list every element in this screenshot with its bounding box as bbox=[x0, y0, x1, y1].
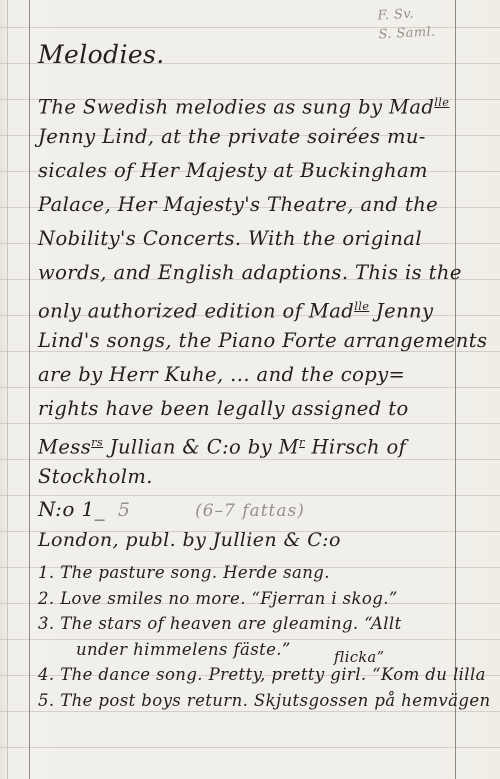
paragraph-line: Jenny Lind, at the private soirées mu- bbox=[38, 120, 456, 154]
pencil-annotation-line2: S. Saml. bbox=[378, 23, 436, 45]
song-number: 3. bbox=[38, 611, 55, 637]
text-segment: The Swedish melodies as sung by Mad bbox=[38, 96, 434, 119]
paragraph-line: only authorized edition of Madlle Jenny bbox=[38, 290, 456, 324]
song-title: The pasture song. Herde sang. bbox=[55, 563, 330, 582]
text-segment: Stockholm. bbox=[38, 465, 153, 488]
paragraph-line: Messrs Jullian & C:o by Mr Hirsch of bbox=[38, 426, 456, 460]
text-segment: rights have been legally assigned to bbox=[38, 397, 409, 420]
text-segment: Hirsch of bbox=[305, 436, 406, 459]
inserted-word: flicka” bbox=[334, 646, 384, 672]
text-segment: Palace, Her Majesty's Theatre, and the bbox=[38, 193, 438, 216]
page-title: Melodies. bbox=[38, 40, 165, 69]
song-title: The dance song. Pretty, pretty girl. “Ko… bbox=[55, 665, 486, 684]
number-ink: N:o 1_ bbox=[38, 497, 105, 521]
text-segment: are by Herr Kuhe, ... and the copy= bbox=[38, 363, 405, 386]
song-title: The stars of heaven are gleaming. “Allt bbox=[55, 614, 402, 633]
song-title: Love smiles no more. “Fjerran i skog.” bbox=[55, 589, 398, 608]
song-number: 1. bbox=[38, 560, 55, 586]
text-segment: Jenny Lind, at the private soirées mu- bbox=[38, 125, 426, 148]
text-segment: words, and English adaptions. This is th… bbox=[38, 261, 462, 284]
text-segment: Mess bbox=[38, 436, 91, 459]
song-title-continuation: under himmelens fäste.” bbox=[38, 637, 458, 663]
text-segment: Nobility's Concerts. With the original bbox=[38, 227, 422, 250]
left-edge-line bbox=[7, 0, 8, 779]
paragraph-line: Stockholm. bbox=[38, 460, 456, 494]
pencil-annotation-topright: F. Sv. S. Saml. bbox=[377, 4, 436, 45]
superscript: lle bbox=[434, 96, 449, 109]
text-segment: sicales of Her Majesty at Buckingham bbox=[38, 159, 428, 182]
superscript: rs bbox=[91, 436, 103, 449]
song-list-item: 2. Love smiles no more. “Fjerran i skog.… bbox=[38, 586, 458, 612]
song-list-item: 3. The stars of heaven are gleaming. “Al… bbox=[38, 611, 458, 637]
number-line: N:o 1_ 5 (6–7 fattas) bbox=[38, 497, 305, 521]
paragraph-line: Nobility's Concerts. With the original bbox=[38, 222, 456, 256]
song-list-item: 1. The pasture song. Herde sang. bbox=[38, 560, 458, 586]
paragraph-line: sicales of Her Majesty at Buckingham bbox=[38, 154, 456, 188]
song-title: The post boys return. Skjutsgossen på he… bbox=[55, 691, 491, 710]
paragraph-line: The Swedish melodies as sung by Madlle bbox=[38, 86, 456, 120]
song-list: 1. The pasture song. Herde sang.2. Love … bbox=[38, 560, 458, 713]
song-list-item: 4. The dance song. Pretty, pretty girl. … bbox=[38, 662, 458, 688]
manuscript-page: F. Sv. S. Saml. Melodies. The Swedish me… bbox=[0, 0, 500, 779]
text-segment: Lind's songs, the Piano Forte arrangemen… bbox=[38, 329, 487, 352]
song-number: 5. bbox=[38, 688, 55, 714]
number-pencil: 5 bbox=[118, 499, 131, 521]
left-margin-line bbox=[29, 0, 30, 779]
pencil-note: (6–7 fattas) bbox=[195, 501, 305, 521]
text-segment: Jullian & C:o by M bbox=[103, 436, 299, 459]
paragraph-line: rights have been legally assigned to bbox=[38, 392, 456, 426]
paragraph-line: Palace, Her Majesty's Theatre, and the bbox=[38, 188, 456, 222]
song-number: 4. bbox=[38, 662, 55, 688]
paragraph-line: words, and English adaptions. This is th… bbox=[38, 256, 456, 290]
publisher-line: London, publ. by Jullien & C:o bbox=[38, 529, 341, 551]
description-paragraph: The Swedish melodies as sung by MadlleJe… bbox=[38, 86, 456, 494]
text-segment: only authorized edition of Mad bbox=[38, 300, 354, 323]
paragraph-line: Lind's songs, the Piano Forte arrangemen… bbox=[38, 324, 456, 358]
song-number: 2. bbox=[38, 586, 55, 612]
paragraph-line: are by Herr Kuhe, ... and the copy= bbox=[38, 358, 456, 392]
text-segment: Jenny bbox=[369, 300, 433, 323]
superscript: lle bbox=[354, 300, 369, 313]
song-list-item: 5. The post boys return. Skjutsgossen på… bbox=[38, 688, 458, 714]
